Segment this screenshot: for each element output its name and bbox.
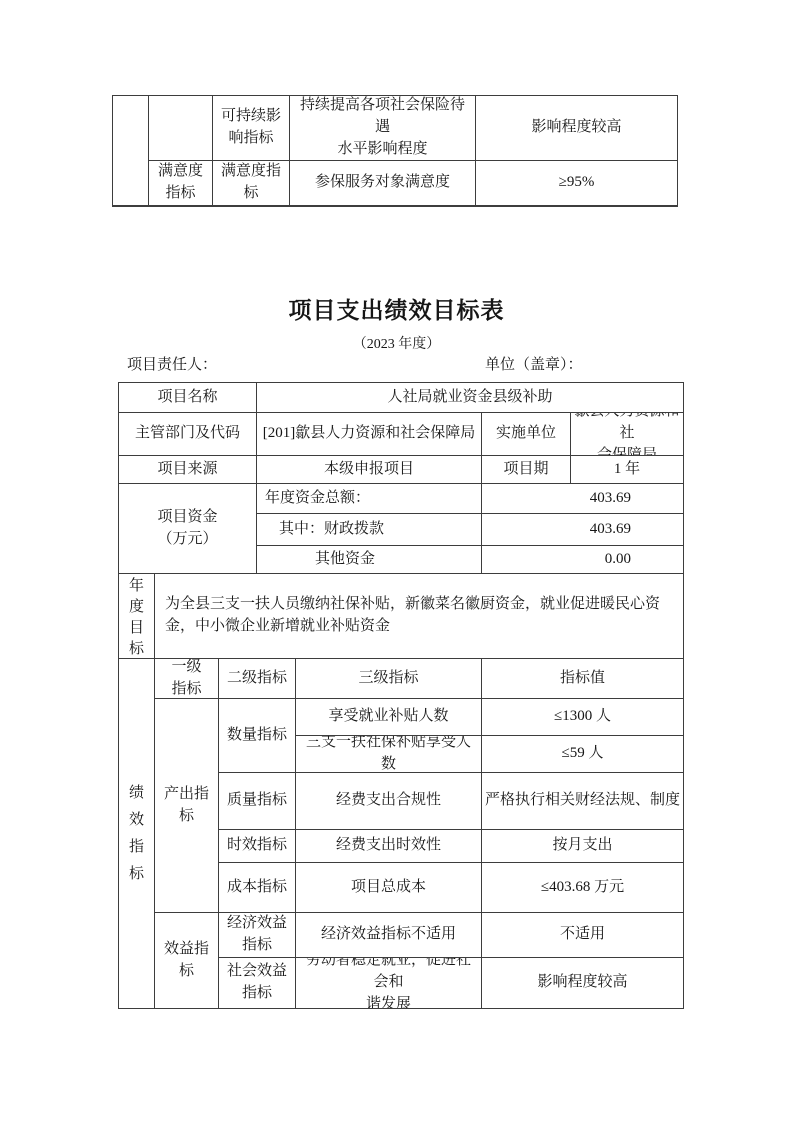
page-title: 项目支出绩效目标表 [0, 292, 793, 325]
page-subtitle: （2023 年度） [0, 333, 793, 353]
project-name-label-cell: 项目名称 [119, 383, 257, 413]
quality-indicator-cell: 质量指标 [219, 773, 296, 830]
funds-fiscal-name-cell: 其中：财政拨款 [257, 514, 482, 546]
quality-name-cell: 经费支出合规性 [296, 773, 482, 830]
prev-sustain-level2-cell: 可持续影 响指标 [213, 96, 290, 161]
prev-sustain-level3-cell: 持续提高各项社会保险待遇 水平影响程度 [290, 96, 476, 161]
quantity-row1-name-cell: 享受就业补贴人数 [296, 699, 482, 736]
prev-level1-empty-cell [149, 96, 213, 161]
economic-value-cell: 不适用 [482, 913, 684, 958]
prev-satisfaction-value-cell: ≥95% [476, 161, 678, 207]
social-name-cell: 劳动者稳定就业，促进社会和 谐发展 [296, 958, 482, 1009]
cost-indicator-cell: 成本指标 [219, 863, 296, 913]
quantity-indicator-cell: 数量指标 [219, 699, 296, 773]
social-value-cell: 影响程度较高 [482, 958, 684, 1009]
funds-total-name-cell: 年度资金总额： [257, 484, 482, 514]
dept-value-cell: [201]歙县人力资源和社会保障局 [257, 413, 482, 456]
quantity-row1-value-cell: ≤1300 人 [482, 699, 684, 736]
prev-perf-spacer-cell [113, 96, 149, 207]
funds-fiscal-value-cell: 403.69 [482, 514, 684, 546]
quantity-row2-name-cell: 三支一扶社保补贴享受人数 [296, 736, 482, 773]
header-value-cell: 指标值 [482, 659, 684, 699]
prev-sustain-value-cell: 影响程度较高 [476, 96, 678, 161]
perf-indicators-vertical-label: 绩效指标 [128, 780, 145, 888]
cost-name-cell: 项目总成本 [296, 863, 482, 913]
prev-indicators-table: 可持续影 响指标 持续提高各项社会保险待遇 水平影响程度 影响程度较高 满意度 … [112, 95, 678, 207]
source-value-cell: 本级申报项目 [257, 456, 482, 484]
funds-other-value-cell: 0.00 [482, 546, 684, 574]
prev-satisfaction-level3-cell: 参保服务对象满意度 [290, 161, 476, 207]
header-level3-cell: 三级指标 [296, 659, 482, 699]
economic-indicator-cell: 经济效益 指标 [219, 913, 296, 958]
funds-label-cell: 项目资金 （万元） [119, 484, 257, 574]
timeliness-value-cell: 按月支出 [482, 830, 684, 863]
responsible-person-label: 项目责任人： [127, 353, 217, 374]
funds-total-value-cell: 403.69 [482, 484, 684, 514]
period-label-cell: 项目期 [482, 456, 571, 484]
timeliness-name-cell: 经费支出时效性 [296, 830, 482, 863]
quality-value-cell: 严格执行相关财经法规、制度 [482, 773, 684, 830]
impl-unit-label-cell: 实施单位 [482, 413, 571, 456]
perf-indicators-label-cell: 绩效指标 [119, 659, 155, 1009]
prev-satisfaction-level2-cell: 满意度指 标 [213, 161, 290, 207]
unit-seal-label: 单位（盖章）： [485, 353, 583, 374]
prev-satisfaction-level1-cell: 满意度 指标 [149, 161, 213, 207]
economic-name-cell: 经济效益指标不适用 [296, 913, 482, 958]
impl-unit-value-cell: 歙县人力资源和社 会保障局 [571, 413, 684, 456]
social-indicator-cell: 社会效益 指标 [219, 958, 296, 1009]
quantity-row2-value-cell: ≤59 人 [482, 736, 684, 773]
annual-goal-label-cell: 年度目标 [119, 574, 155, 659]
output-indicator-cell: 产出指 标 [155, 699, 219, 913]
dept-label-cell: 主管部门及代码 [119, 413, 257, 456]
project-name-value-cell: 人社局就业资金县级补助 [257, 383, 684, 413]
header-level1-cell: 一级 指标 [155, 659, 219, 699]
header-level2-cell: 二级指标 [219, 659, 296, 699]
cost-value-cell: ≤403.68 万元 [482, 863, 684, 913]
timeliness-indicator-cell: 时效指标 [219, 830, 296, 863]
funds-other-name-cell: 其他资金 [257, 546, 482, 574]
annual-goal-text-cell: 为全县三支一扶人员缴纳社保补贴，新徽菜名徽厨资金，就业促进暖民心资金，中小微企业… [155, 574, 684, 659]
annual-goal-vertical-label: 年度目标 [128, 576, 145, 659]
benefit-indicator-cell: 效益指 标 [155, 913, 219, 1009]
performance-target-table: 项目名称 人社局就业资金县级补助 主管部门及代码 [201]歙县人力资源和社会保… [118, 382, 684, 1009]
period-value-cell: 1 年 [571, 456, 684, 484]
source-label-cell: 项目来源 [119, 456, 257, 484]
